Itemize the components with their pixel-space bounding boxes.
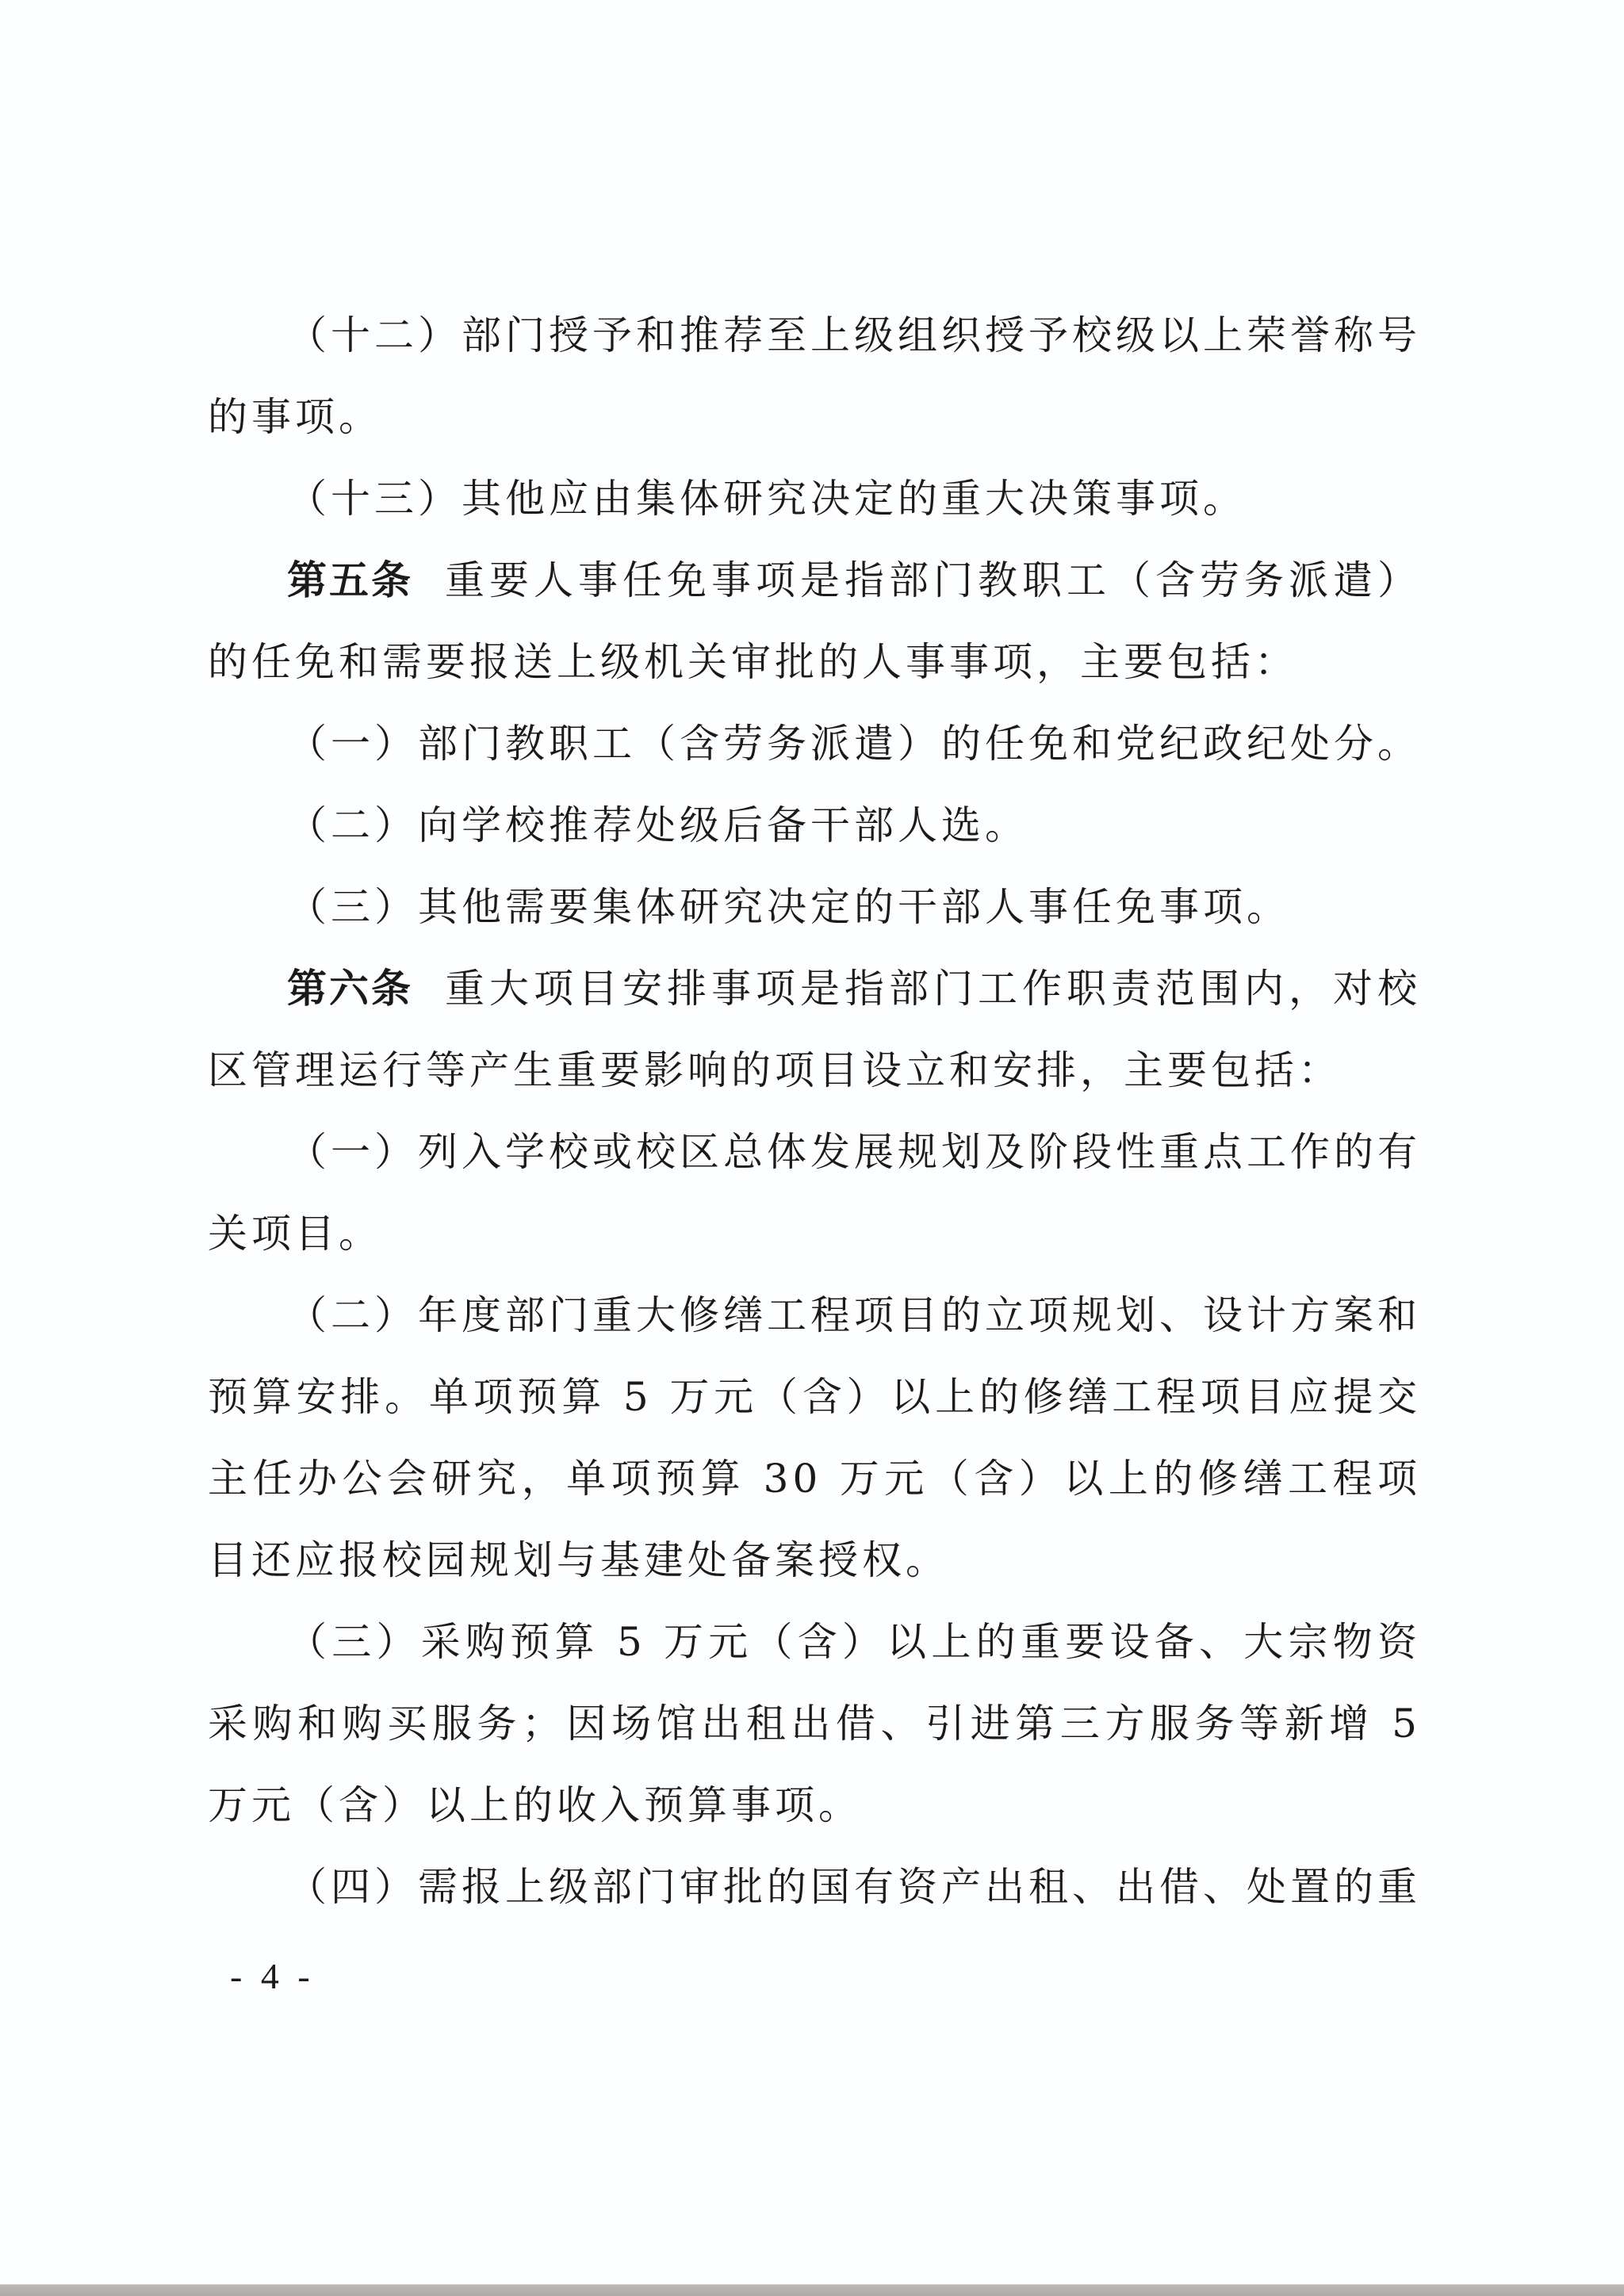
article-5-item-2: （二）向学校推荐处级后备干部人选。 <box>208 785 1421 867</box>
page-number: - 4 - <box>230 1955 315 1997</box>
paragraph-text: （二）向学校推荐处级后备干部人选。 <box>287 802 1028 848</box>
article-6-item-3: （三）采购预算 5 万元（含）以上的重要设备、大宗物资采购和购买服务；因场馆出租… <box>208 1601 1421 1846</box>
article-label: 第六条 <box>287 966 413 1012</box>
article-5: 第五条重要人事任免事项是指部门教职工（含劳务派遣）的任免和需要报送上级机关审批的… <box>208 540 1421 703</box>
article-6-item-1: （一）列入学校或校区总体发展规划及阶段性重点工作的有关项目。 <box>208 1112 1421 1275</box>
paragraph-text: （四）需报上级部门审批的国有资产出租、出借、处置的重 <box>287 1864 1421 1910</box>
paragraph-text: （十二）部门授予和推荐至上级组织授予校级以上荣誉称号的事项。 <box>208 312 1421 440</box>
paragraph-text: （三）其他需要集体研究决定的干部人事任免事项。 <box>287 884 1290 930</box>
paragraph-text: （二）年度部门重大修缮工程项目的立项规划、设计方案和预算安排。单项预算 5 万元… <box>208 1292 1421 1583</box>
article-5-item-1: （一）部门教职工（含劳务派遣）的任免和党纪政纪处分。 <box>208 703 1421 785</box>
document-page: （十二）部门授予和推荐至上级组织授予校级以上荣誉称号的事项。 （十三）其他应由集… <box>0 0 1624 2285</box>
paragraph-text: （一）部门教职工（含劳务派遣）的任免和党纪政纪处分。 <box>287 721 1421 767</box>
article-5-item-3: （三）其他需要集体研究决定的干部人事任免事项。 <box>208 867 1421 948</box>
paragraph-item-12: （十二）部门授予和推荐至上级组织授予校级以上荣誉称号的事项。 <box>208 295 1421 458</box>
document-body: （十二）部门授予和推荐至上级组织授予校级以上荣誉称号的事项。 （十三）其他应由集… <box>208 295 1421 1928</box>
article-6-item-2: （二）年度部门重大修缮工程项目的立项规划、设计方案和预算安排。单项预算 5 万元… <box>208 1275 1421 1601</box>
article-6: 第六条重大项目安排事项是指部门工作职责范围内，对校区管理运行等产生重要影响的项目… <box>208 948 1421 1112</box>
scan-edge <box>0 2284 1624 2296</box>
paragraph-text: （一）列入学校或校区总体发展规划及阶段性重点工作的有关项目。 <box>208 1129 1421 1257</box>
paragraph-item-13: （十三）其他应由集体研究决定的重大决策事项。 <box>208 458 1421 540</box>
paragraph-text: （三）采购预算 5 万元（含）以上的重要设备、大宗物资采购和购买服务；因场馆出租… <box>208 1619 1421 1828</box>
article-6-item-4: （四）需报上级部门审批的国有资产出租、出借、处置的重 <box>208 1846 1421 1928</box>
paragraph-text: （十三）其他应由集体研究决定的重大决策事项。 <box>287 476 1247 522</box>
article-label: 第五条 <box>287 557 413 603</box>
